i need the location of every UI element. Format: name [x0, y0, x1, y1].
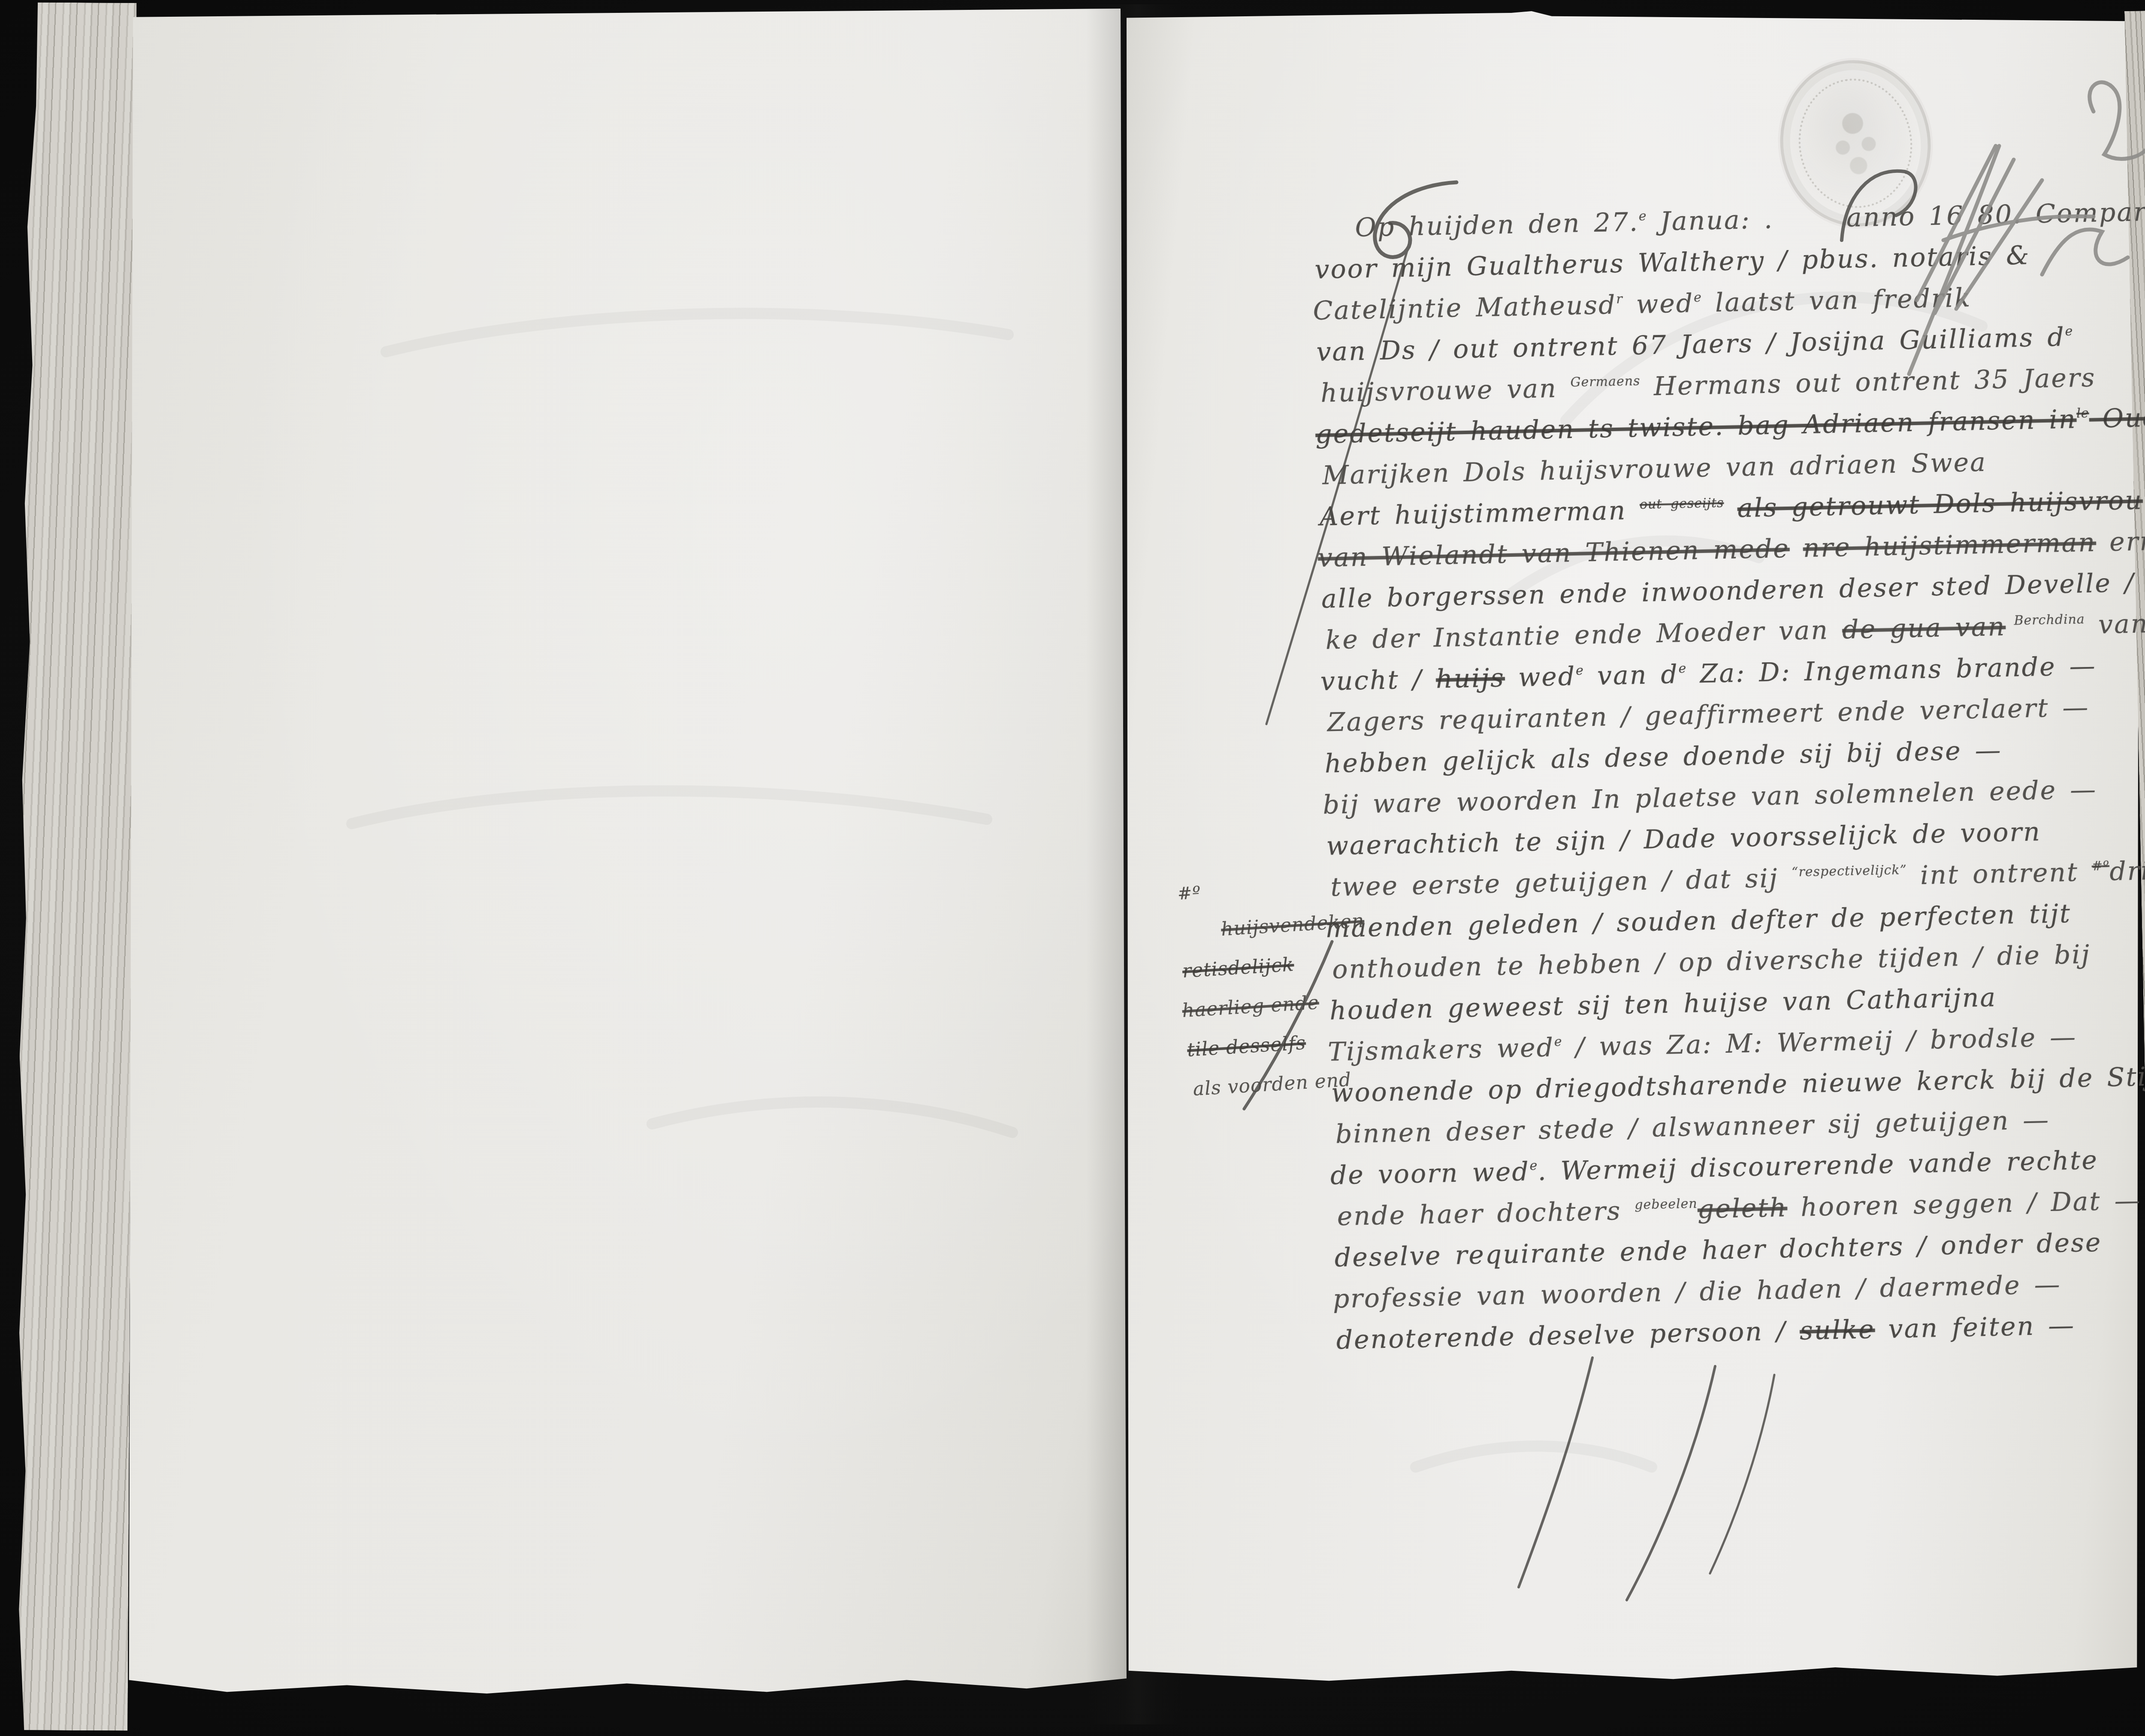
handwritten-text: erma — [2096, 526, 2145, 558]
handwritten-text: ende haer dochters — [1337, 1196, 1635, 1232]
handwritten-text: vucht / — [1320, 664, 1436, 697]
handwritten-text: e — [1694, 290, 1702, 305]
book-photo: Op huijden den 27.e Janua: .anno 16 80. … — [0, 0, 2145, 1736]
handwritten-text: gebeelen — [1634, 1196, 1698, 1213]
handwritten-text: huijsvrouwe van — [1320, 373, 1571, 408]
handwritten-text — [1789, 533, 1803, 564]
handwritten-text: drije — [2109, 855, 2145, 887]
struck-text: nre huijstimmerman — [1803, 528, 2097, 564]
embossed-seal-center — [1790, 71, 1920, 215]
handwritten-text: Catelijntie Matheusd — [1313, 290, 1616, 326]
handwritten-text: e — [1638, 208, 1647, 223]
handwritten-text: van feiten — — [1875, 1310, 2076, 1344]
manuscript-line: huijsvendeken — [1221, 912, 1332, 958]
handwritten-text: e — [1678, 661, 1686, 676]
handwritten-text: Tijsmakers wed — [1328, 1033, 1555, 1067]
struck-text: retisdelijck — [1182, 954, 1295, 982]
manuscript-text-block: Op huijden den 27.e Janua: .anno 16 80. … — [1314, 196, 2145, 1366]
struck-text: out geseijts — [1640, 495, 1724, 512]
handwritten-text — [1773, 226, 1846, 228]
handwritten-text: e — [1554, 1034, 1562, 1049]
struck-text: sulke — [1799, 1314, 1875, 1346]
handwritten-text: Berchdina — [2006, 612, 2085, 628]
struck-text: Oudemaet — [2089, 401, 2145, 434]
left-page-edges — [12, 2, 136, 1730]
handwritten-text — [1724, 493, 1737, 524]
handwritten-text: Op huijden den 27. — [1355, 207, 1639, 243]
left-blank-page — [127, 9, 1127, 1695]
margin-note-lines: huijsvendekenretisdelijckhaerlieg endeti… — [1179, 912, 1342, 1118]
handwritten-text: Janua: . — [1647, 204, 1774, 237]
struck-text: de gua van — [1842, 612, 2006, 645]
struck-text: le — [2076, 406, 2089, 421]
handwritten-text: Aert huijstimmerman — [1319, 495, 1640, 532]
struck-text: geleth — [1697, 1193, 1788, 1224]
handwritten-text: wed — [1505, 661, 1576, 693]
handwritten-text: “respectivelijck” — [1792, 863, 1907, 880]
handwritten-text: e — [1529, 1158, 1538, 1173]
handwritten-text: laatst van fredrik — [1701, 283, 1972, 318]
handwritten-text: wed — [1622, 288, 1694, 320]
handwritten-text: e — [2065, 324, 2073, 339]
handwritten-text: r — [1616, 292, 1623, 307]
handwritten-text: Germaens — [1570, 374, 1640, 390]
handwritten-text: van — [2085, 609, 2145, 640]
handwritten-text: int ontrent — [1906, 857, 2092, 891]
struck-text: #º — [2091, 858, 2109, 874]
handwritten-text: de voorn wed — [1330, 1156, 1530, 1190]
margin-note: #º huijsvendekenretisdelijckhaerlieg end… — [1177, 875, 1342, 1118]
handwritten-text: van d — [1583, 659, 1679, 691]
handwritten-text: e — [1576, 663, 1584, 678]
struck-text: huijs — [1435, 663, 1505, 694]
